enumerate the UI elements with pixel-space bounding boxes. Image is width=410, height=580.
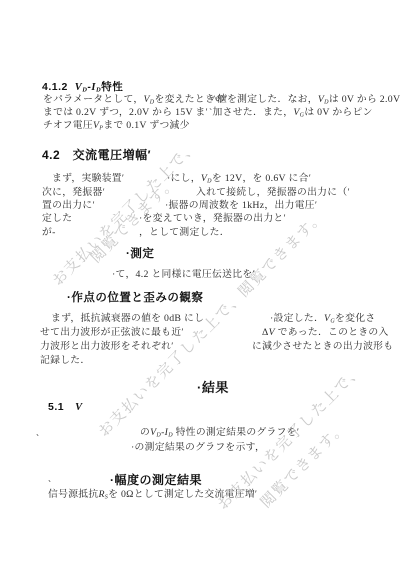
section-heading: ·結果 [197, 381, 229, 394]
text-fragment: V [75, 402, 83, 413]
text-line: 置の出力に′ [42, 201, 95, 211]
text-fragment: ·の測定結果のグラフを示す， [131, 442, 265, 453]
text-fragment: までは 0.2V ずつ，2.0V から 15V ま′ [43, 107, 208, 118]
text-fragment: Δ [262, 327, 269, 338]
text-fragment: 置の出力に′ [42, 200, 95, 211]
text-line: 次に，発振器′ [42, 188, 105, 198]
section-heading: ·作点の位置と歪みの観察 [67, 293, 203, 305]
text-line: ·設定した．VGを変化さ [270, 314, 375, 325]
text-fragment: 4.2 交流電圧増幅′ [42, 148, 151, 162]
text-line: ·て，4.2 と同様に電圧伝送比を′ [112, 270, 255, 280]
text-fragment: `加させた．また， [209, 107, 293, 118]
text-line: ·を変えていき，発振器の出力と′ [139, 214, 286, 224]
document-page: 4.1.2 VD-ID特性をパラメータとして，VDを変えたときの′^値を測定した… [0, 0, 410, 580]
text-fragment: ·幅度の測定結果 [110, 473, 202, 487]
text-fragment: まで 0.1V ずつ減少 [103, 120, 189, 131]
text-fragment: せて出力波形が正弦波に最も近′ [40, 327, 184, 338]
text-fragment: ·作点の位置と歪みの観察 [67, 292, 203, 304]
text-fragment: に減少させたときの出力波形も [252, 341, 393, 352]
text-line: ^値を測定した．なお，VDは 0V から 2.0V [212, 95, 400, 106]
text-fragment: ·て，4.2 と同様に電圧伝送比を′ [112, 269, 255, 280]
text-line: に減少させたときの出力波形も [252, 342, 393, 352]
text-fragment: であった．このときの入 [275, 327, 389, 338]
text-fragment: を変化さ [335, 313, 375, 324]
text-line: 力波形と出力波形をそれぞれ′ [40, 342, 174, 352]
text-fragment: 、 [36, 428, 44, 437]
text-fragment: 信号源抵抗 [48, 489, 98, 500]
text-fragment: 特性 [101, 81, 123, 93]
text-line: ·振器の周波数を 1kHz，出力電圧′ [165, 201, 317, 211]
section-heading: ·測定 [126, 249, 154, 261]
text-fragment: ，として測定した． [139, 227, 230, 238]
text-fragment: チオフ電圧 [43, 120, 93, 131]
text-fragment: 次に，発振器′ [42, 187, 105, 198]
text-fragment: ·を変えていき，発振器の出力と′ [139, 213, 286, 224]
section-heading: 4.1.2 VD-ID特性 [42, 82, 123, 94]
text-fragment: が- [42, 227, 56, 238]
text-fragment: 5.1 [48, 401, 75, 413]
text-line: のVD-ID 特性の測定結果のグラフを′ [140, 428, 299, 439]
text-line: が- [42, 228, 56, 238]
text-line: 定した [42, 214, 72, 224]
text-fragment: 入れて接続し，発振器の出力に（′ [196, 187, 350, 198]
text-line: チオフ電圧VPまで 0.1V ずつ減少 [43, 121, 190, 132]
text-fragment: は 0V から 2.0V [329, 94, 400, 105]
text-line: 記録した． [40, 356, 90, 366]
text-fragment: ·設定した． [270, 313, 324, 324]
text-line: ·の測定結果のグラフを示す， [131, 443, 265, 453]
text-fragment: ^値を測定した．なお， [212, 94, 318, 105]
text-line: ΔV であった．このときの入 [262, 328, 389, 338]
text-fragment: 4.1.2 [42, 81, 75, 93]
text-line: `加させた．また，VGは 0V からピン [209, 108, 373, 119]
text-fragment: は 0V からピン [304, 107, 372, 118]
text-fragment: ·測定 [126, 248, 154, 260]
text-fragment: 記録した． [40, 355, 90, 366]
text-fragment: ·結果 [197, 380, 229, 395]
text-fragment: の [140, 427, 150, 438]
text-line: ，として測定した． [139, 228, 230, 238]
text-line: せて出力波形が正弦波に最も近′ [40, 328, 184, 338]
text-fragment: 力波形と出力波形をそれぞれ′ [40, 341, 174, 352]
section-heading: ·幅度の測定結果 [110, 474, 202, 486]
text-fragment: まず，実験装置′ [52, 173, 124, 184]
text-line: 、 [36, 429, 44, 437]
text-fragment: を 12V，を 0.6V に合′ [212, 173, 311, 184]
text-fragment: 、 [48, 474, 56, 483]
text-line: まず，抵抗減衰器の値を 0dB にし [51, 314, 204, 324]
section-heading: 4.2 交流電圧増幅′ [42, 149, 151, 161]
text-fragment: をパラメータとして， [43, 94, 143, 105]
text-fragment: ·振器の周波数を 1kHz，出力電圧′ [165, 200, 317, 211]
text-line: ·にし，VDを 12V，を 0.6V に合′ [167, 174, 311, 185]
text-line: まず，実験装置′ [52, 174, 124, 184]
text-fragment: まず，抵抗減衰器の値を 0dB にし [51, 313, 204, 324]
text-line: をパラメータとして，VDを変えたときの′ [43, 95, 228, 106]
text-line: 、 [48, 475, 56, 483]
text-line: 入れて接続し，発振器の出力に（′ [196, 188, 350, 198]
text-fragment: 定した [42, 213, 72, 224]
section-heading: 5.1 V [48, 402, 83, 414]
text-line: までは 0.2V ずつ，2.0V から 15V ま′ [43, 108, 208, 118]
